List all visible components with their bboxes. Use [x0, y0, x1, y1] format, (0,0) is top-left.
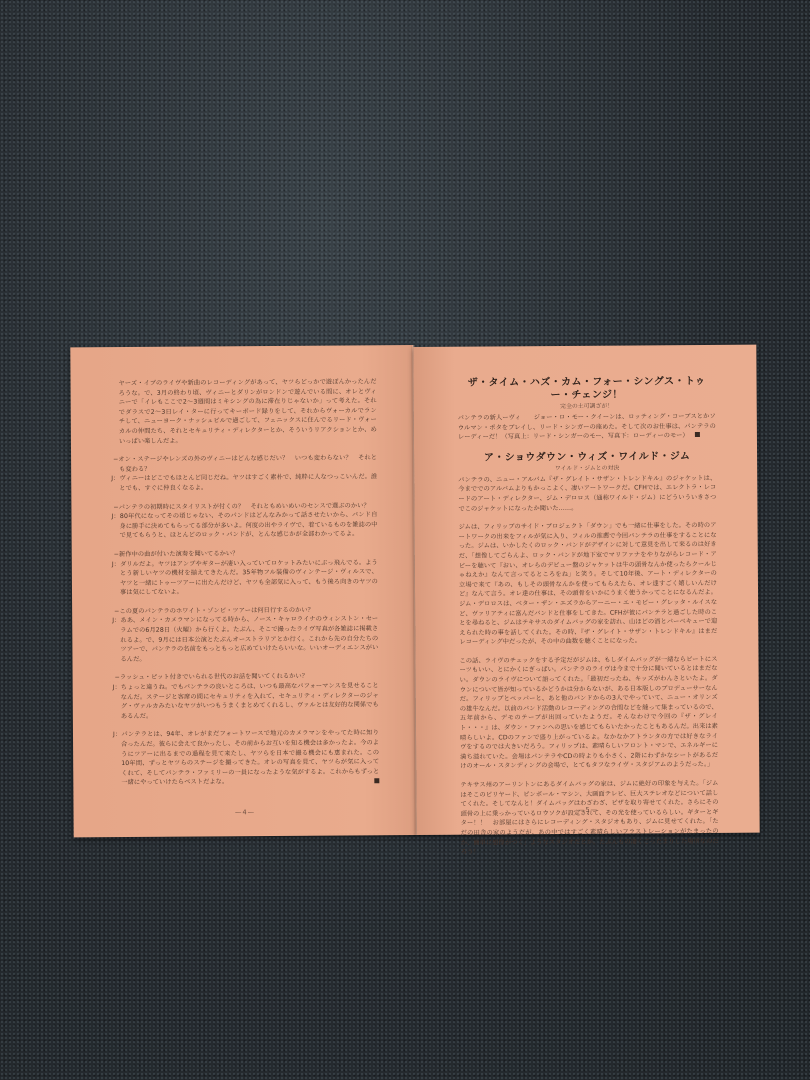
section-heading: ア・ショウダウン・ウィズ・ワイルド・ジム — [458, 450, 716, 465]
left-page: ヤーズ・イブのライヴや新曲のレコーディングがあって、ヤツらどっかで遊ぼんかったん… — [70, 345, 416, 837]
interview-qa: −オン・ステージやレンズの外のヴィニーはどんな感じだい？ いつも変わらない？ そ… — [119, 453, 377, 493]
paragraph-text: パンテラの新人ーヴィ ジョー・ロ・モー・クイーンは、ロッティング・コープスとかソ… — [458, 413, 716, 441]
booklet-spread: ヤーズ・イブのライヴや新曲のレコーディングがあって、ヤツらどっかで遊ぼんかったん… — [70, 343, 759, 838]
interview-qa: −パンテラの初期時にスタイリストが付くの？ それともめいめいのセンスで選ぶのかい… — [119, 501, 377, 541]
paragraph: ヤーズ・イブのライヴや新曲のレコーディングがあって、ヤツらどっかで遊ぼんかったん… — [119, 377, 377, 446]
paragraph: パンテラの、ニュー・アルバム『ザ・グレイト・サザン・トレンドキル』のジャケットは… — [458, 474, 716, 514]
section-subheading: ワイルド・ジムとの対決 — [458, 464, 716, 474]
interview-answer: J：ダリルだよ。ヤツはアンプやギターが凄い入っていてロケットみたいにぶっ飛んでる… — [120, 558, 378, 598]
paragraph: テキサス州のアーリントンにあるダイムバッグの家は、ジムに絶好の印象を与えた。「ジ… — [460, 779, 719, 858]
interview-qa: J：パンテラとは、94年、オレがまだフォートワースで地元のカメラマンをやってた時… — [121, 729, 379, 789]
section-heading: ザ・タイム・ハズ・カム・フォー・シングス・トゥー・チェンジ！ — [458, 375, 716, 403]
section-subheading: 完全の土可調ざが！ — [458, 402, 716, 412]
interview-answer: J：80年代になってその頃じゃない、そのパンドはどんなみかって話させたいから、パ… — [119, 510, 377, 541]
interview-answer: J：ヴィニーはどこでもほとんど同じだね。ヤツはすごく素朴で、純粋に人なつっこいん… — [119, 473, 377, 494]
interview-answer: J：ああ、メイン・カメラマンになってる時から、ノース・キャロライナのウィンストン… — [120, 615, 378, 665]
end-mark-icon — [374, 778, 379, 783]
right-page: ザ・タイム・ハズ・カム・フォー・シングス・トゥー・チェンジ！ 完全の土可調ざが！… — [413, 345, 759, 835]
right-page-body: ザ・タイム・ハズ・カム・フォー・シングス・トゥー・チェンジ！ 完全の土可調ざが！… — [458, 375, 719, 867]
end-mark-icon — [695, 432, 700, 437]
paragraph: ジムは、フィリップのサイド・プロジェクト「ダウン」でも一緒に仕事をした。その時の… — [459, 521, 718, 648]
interview-qa: −ラッシュ・ピット付きでいられる世代のお話を聞いてくれるかい？ J：ちょっと違う… — [121, 672, 379, 722]
paragraph: パンテラの新人ーヴィ ジョー・ロ・モー・クイーンは、ロッティング・コープスとかソ… — [458, 412, 716, 443]
paragraph: この話、ライヴのチェックをする予定だがジムは、もしダイムバッグが一緒ならビートに… — [459, 655, 718, 772]
interview-qa: −新作中の曲が付いた演奏を聞いてるかい？ J：ダリルだよ。ヤツはアンプやギターが… — [120, 548, 378, 598]
page-number: —4— — [74, 807, 417, 817]
interview-qa: −この夏のパンテラのホワイト・ゾンビ・ツアーは何日行するのかい？ J：ああ、メイ… — [120, 605, 378, 664]
left-page-body: ヤーズ・イブのライヴや新曲のレコーディングがあって、ヤツらどっかで遊ぼんかったん… — [119, 377, 380, 797]
interview-answer: J：ちょっと違うね。でもパンテラの良いところは、いつも最高なパフォーマンスを見せ… — [121, 681, 379, 721]
interview-question: −オン・ステージやレンズの外のヴィニーはどんな感じだい？ いつも変わらない？ そ… — [119, 453, 377, 474]
